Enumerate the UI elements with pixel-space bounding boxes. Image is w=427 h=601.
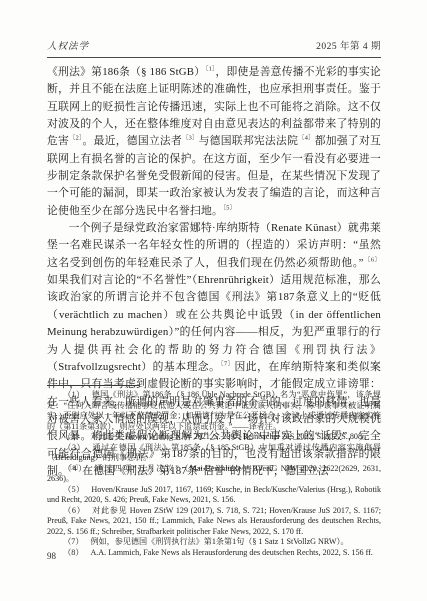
- body-paragraph: 《刑法》第186条（§ 186 StGB）〔1〕，即使是善意传播不光彩的事实论断…: [47, 64, 381, 220]
- footnote-marker: （5）: [63, 485, 91, 494]
- footnote-marker: （6）: [63, 506, 92, 515]
- footnote-item: （6）对此参见 Hoven ZStW 129 (2017), S. 718, S…: [47, 506, 381, 538]
- footnote-ref: 〔7〕: [220, 360, 234, 367]
- footnote-item: （2）对此参见 Hoven/Witting NJW 2021, S. 2397;…: [47, 432, 381, 443]
- footnote-ref: 〔3〕: [182, 135, 199, 142]
- footnote-ref: 〔5〕: [223, 204, 236, 211]
- footnote-item: （1）德国《刑法》第186条（§ 186 Üble Nachrede StGB）…: [47, 390, 381, 432]
- page-header: 人权法学 2025 年第 4 期: [47, 38, 381, 58]
- footnote-ref: 〔4〕: [298, 135, 315, 142]
- footnote-ref: 〔1〕: [205, 65, 215, 72]
- footnote-marker: （4）: [63, 464, 94, 473]
- footnote-item: （5）Hoven/Krause JuS 2017, 1167, 1169; Ku…: [47, 485, 381, 506]
- footnote-marker: （3）: [63, 443, 92, 452]
- issue-label: 2025 年第 4 期: [316, 38, 381, 52]
- footnote-divider: [47, 385, 139, 386]
- journal-name: 人权法学: [47, 38, 89, 52]
- footnote-ref: 〔2〕: [69, 135, 82, 142]
- footnote-marker: （7）: [63, 537, 90, 546]
- footnote-marker: （1）: [63, 390, 91, 399]
- footnote-item: （3）通过在德国《刑法》第185条（§ 185 StGB）中加重对通过传播内容实…: [47, 443, 381, 464]
- footnote-ref: 〔6〕: [364, 256, 381, 263]
- footnotes-list: （1）德国《刑法》第186条（§ 186 Üble Nachrede StGB）…: [47, 390, 381, 558]
- footnote-item: （4）通过四项“五月决议”（Mai-Beschlüsse）BVerfG NJW …: [47, 464, 381, 485]
- page-number: 98: [47, 551, 56, 561]
- footnote-item: （7）例如，参见德国《刑罚执行法》第1条第1句（§ 1 Satz 1 StVol…: [47, 537, 381, 548]
- footnote-item: （8）A.A. Lammich, Fake News als Herausfor…: [47, 548, 381, 559]
- footnote-marker: （8）: [63, 548, 90, 557]
- footnote-marker: （2）: [63, 432, 90, 441]
- journal-page: 人权法学 2025 年第 4 期 《刑法》第186条（§ 186 StGB）〔1…: [0, 0, 427, 601]
